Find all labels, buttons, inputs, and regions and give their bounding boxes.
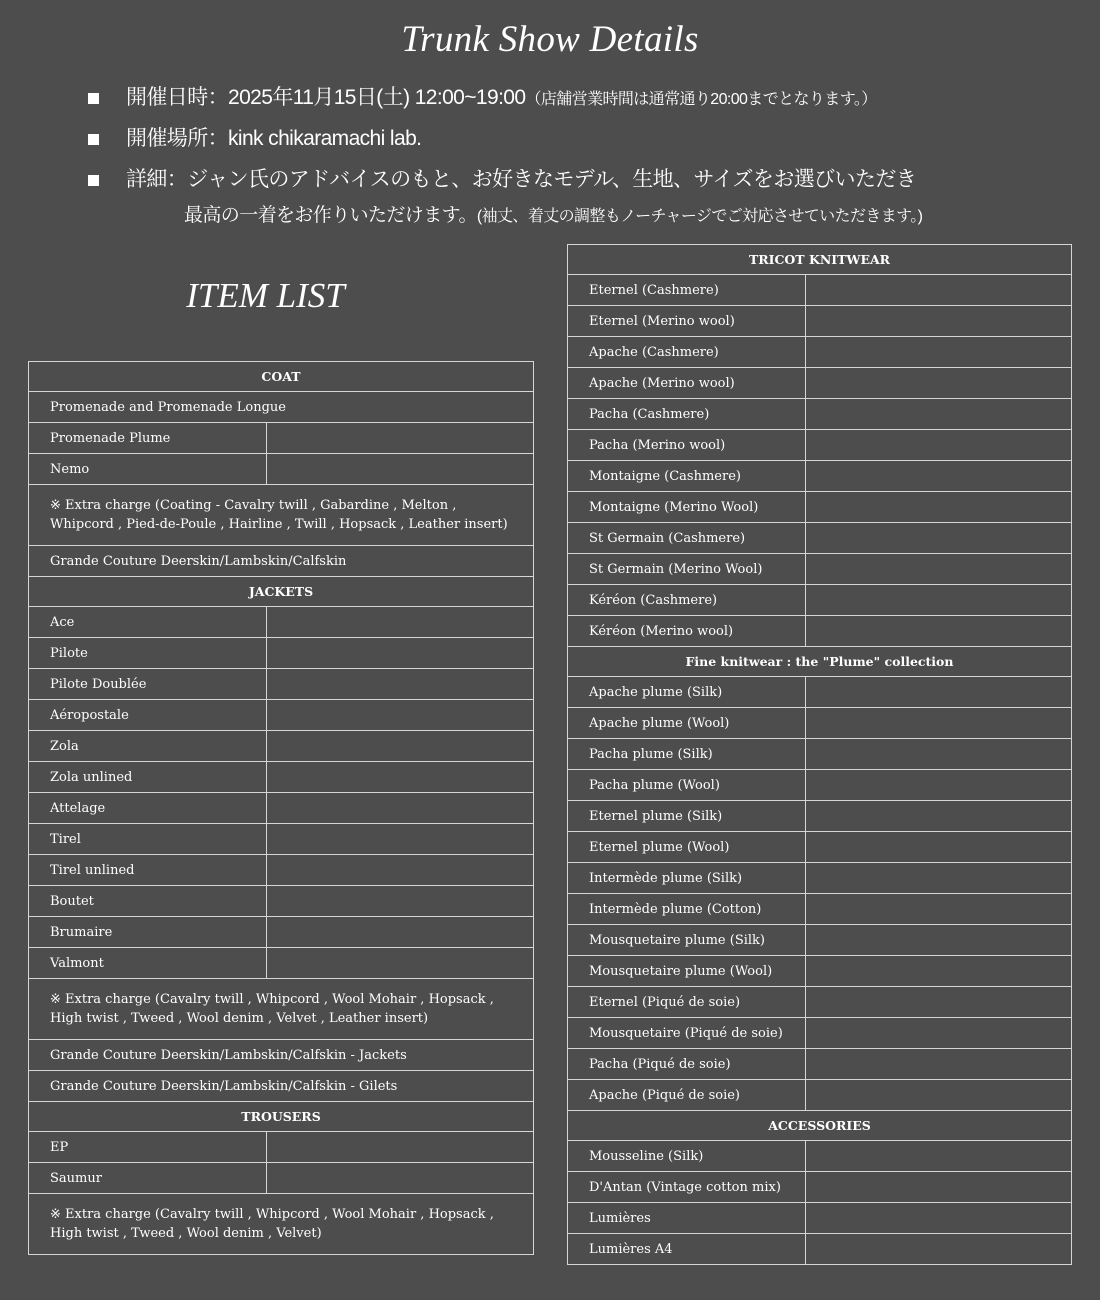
table-row: Aéropostale xyxy=(29,700,534,731)
left-table-body: COATPromenade and Promenade LonguePromen… xyxy=(29,362,534,1255)
table-row: Brumaire xyxy=(29,917,534,948)
item-list-title: ITEM LIST xyxy=(28,276,503,316)
item-name: Mousseline (Silk) xyxy=(568,1141,806,1172)
item-name: Tirel xyxy=(29,824,267,855)
item-value-cell xyxy=(806,770,1072,801)
item-name: Kéréon (Cashmere) xyxy=(568,585,806,616)
table-row: Pilote xyxy=(29,638,534,669)
table-row: Montaigne (Cashmere) xyxy=(568,461,1072,492)
item-name: Boutet xyxy=(29,886,267,917)
item-name: Lumières A4 xyxy=(568,1234,806,1265)
item-name: Pacha plume (Silk) xyxy=(568,739,806,770)
item-name: Valmont xyxy=(29,948,267,979)
item-name: St Germain (Cashmere) xyxy=(568,523,806,554)
item-value-cell xyxy=(806,275,1072,306)
item-value-cell xyxy=(806,399,1072,430)
item-value-cell xyxy=(267,607,534,638)
venue-label: 開催場所：kink chikaramachi lab. xyxy=(126,125,421,153)
table-row: Intermède plume (Silk) xyxy=(568,863,1072,894)
item-value-cell xyxy=(267,948,534,979)
table-row: Grande Couture Deerskin/Lambskin/Calfski… xyxy=(29,546,534,577)
item-name: Intermède plume (Silk) xyxy=(568,863,806,894)
item-value-cell xyxy=(806,585,1072,616)
item-value-cell xyxy=(267,917,534,948)
table-row: Pacha plume (Silk) xyxy=(568,739,1072,770)
item-value-cell xyxy=(267,824,534,855)
item-value-cell xyxy=(806,956,1072,987)
table-row: Tirel unlined xyxy=(29,855,534,886)
item-value-cell xyxy=(806,368,1072,399)
table-row: EP xyxy=(29,1132,534,1163)
item-value-cell xyxy=(806,1141,1072,1172)
item-value-cell xyxy=(806,925,1072,956)
section-title: JACKETS xyxy=(29,577,534,607)
table-row: Pacha plume (Wool) xyxy=(568,770,1072,801)
page-title: Trunk Show Details xyxy=(0,18,1100,61)
item-name: Zola xyxy=(29,731,267,762)
table-row: Apache (Cashmere) xyxy=(568,337,1072,368)
item-name: Pilote xyxy=(29,638,267,669)
table-row: Kéréon (Merino wool) xyxy=(568,616,1072,647)
description-note: (袖丈、着丈の調整もノーチャージでご対応させていただきます。) xyxy=(477,208,923,225)
item-name: Pilote Doublée xyxy=(29,669,267,700)
item-value-cell xyxy=(267,700,534,731)
detail-date: 開催日時：2025年11月15日(土) 12:00~19:00（店舗営業時間は通… xyxy=(88,84,1048,125)
item-value-cell xyxy=(806,523,1072,554)
detail-venue: 開催場所：kink chikaramachi lab. xyxy=(88,125,1048,166)
item-value-cell xyxy=(806,616,1072,647)
table-row: Eternel (Merino wool) xyxy=(568,306,1072,337)
square-bullet-icon xyxy=(88,134,99,145)
item-value-cell xyxy=(806,863,1072,894)
section-header-trousers: TROUSERS xyxy=(29,1102,534,1132)
item-value-cell xyxy=(267,855,534,886)
section-title: TRICOT KNITWEAR xyxy=(568,245,1072,275)
item-name: Apache plume (Silk) xyxy=(568,677,806,708)
table-row: Zola xyxy=(29,731,534,762)
right-table-body: TRICOT KNITWEAREternel (Cashmere)Eternel… xyxy=(568,245,1072,1265)
item-value-cell xyxy=(806,1203,1072,1234)
table-row: Apache plume (Wool) xyxy=(568,708,1072,739)
section-title: Fine knitwear : the "Plume" collection xyxy=(568,647,1072,677)
table-row: St Germain (Merino Wool) xyxy=(568,554,1072,585)
item-name: Pacha (Piqué de soie) xyxy=(568,1049,806,1080)
extra-charge-row: ※ Extra charge (Cavalry twill , Whipcord… xyxy=(29,1194,534,1255)
section-header-jackets: JACKETS xyxy=(29,577,534,607)
section-header-fine-knitwear-the-plume-collection: Fine knitwear : the "Plume" collection xyxy=(568,647,1072,677)
table-row: Nemo xyxy=(29,454,534,485)
item-value-cell xyxy=(806,492,1072,523)
item-value-cell xyxy=(806,1080,1072,1111)
description-line2: 最高の一着をお作りいただけます。 xyxy=(184,205,477,226)
item-name: Ace xyxy=(29,607,267,638)
item-value-cell xyxy=(806,677,1072,708)
detail-description-line2: 最高の一着をお作りいただけます。(袖丈、着丈の調整もノーチャージでご対応させてい… xyxy=(184,200,922,227)
table-row: Boutet xyxy=(29,886,534,917)
item-name: Eternel plume (Silk) xyxy=(568,801,806,832)
item-name: Eternel (Merino wool) xyxy=(568,306,806,337)
item-name: Mousquetaire plume (Wool) xyxy=(568,956,806,987)
section-title: TROUSERS xyxy=(29,1102,534,1132)
item-name: Grande Couture Deerskin/Lambskin/Calfski… xyxy=(29,1071,534,1102)
item-name: Mousquetaire (Piqué de soie) xyxy=(568,1018,806,1049)
table-row: Tirel xyxy=(29,824,534,855)
table-row: Ace xyxy=(29,607,534,638)
table-row: Promenade Plume xyxy=(29,423,534,454)
item-value-cell xyxy=(267,762,534,793)
item-name: Saumur xyxy=(29,1163,267,1194)
table-row: Apache (Merino wool) xyxy=(568,368,1072,399)
item-value-cell xyxy=(806,306,1072,337)
description-line1: 詳細：ジャン氏のアドバイスのもと、お好きなモデル、生地、サイズをお選びいただき xyxy=(126,166,916,194)
item-value-cell xyxy=(806,1018,1072,1049)
section-header-coat: COAT xyxy=(29,362,534,392)
item-name: Tirel unlined xyxy=(29,855,267,886)
item-value-cell xyxy=(806,1234,1072,1265)
item-name: Attelage xyxy=(29,793,267,824)
item-value-cell xyxy=(806,894,1072,925)
item-name: Eternel plume (Wool) xyxy=(568,832,806,863)
table-row: Lumières xyxy=(568,1203,1072,1234)
table-row: Kéréon (Cashmere) xyxy=(568,585,1072,616)
item-value-cell xyxy=(806,337,1072,368)
table-row: Mousseline (Silk) xyxy=(568,1141,1072,1172)
table-row: Eternel (Cashmere) xyxy=(568,275,1072,306)
item-name: Intermède plume (Cotton) xyxy=(568,894,806,925)
item-value-cell xyxy=(267,793,534,824)
table-row: Pacha (Merino wool) xyxy=(568,430,1072,461)
item-value-cell xyxy=(806,801,1072,832)
item-value-cell xyxy=(267,1132,534,1163)
event-details: 開催日時：2025年11月15日(土) 12:00~19:00（店舗営業時間は通… xyxy=(88,84,1048,207)
item-name: Apache plume (Wool) xyxy=(568,708,806,739)
table-row: Pacha (Cashmere) xyxy=(568,399,1072,430)
table-row: Saumur xyxy=(29,1163,534,1194)
section-title: COAT xyxy=(29,362,534,392)
table-row: Eternel plume (Silk) xyxy=(568,801,1072,832)
item-value-cell xyxy=(267,638,534,669)
table-row: Lumières A4 xyxy=(568,1234,1072,1265)
date-note: （店舗営業時間は通常通り20:00までとなります。） xyxy=(525,91,876,108)
item-name: Promenade and Promenade Longue xyxy=(29,392,534,423)
table-row: Valmont xyxy=(29,948,534,979)
table-row: Eternel (Piqué de soie) xyxy=(568,987,1072,1018)
extra-charge-row: ※ Extra charge (Cavalry twill , Whipcord… xyxy=(29,979,534,1040)
item-name: Montaigne (Cashmere) xyxy=(568,461,806,492)
item-value-cell xyxy=(806,461,1072,492)
table-row: St Germain (Cashmere) xyxy=(568,523,1072,554)
item-table-right: TRICOT KNITWEAREternel (Cashmere)Eternel… xyxy=(567,244,1072,1265)
table-row: Grande Couture Deerskin/Lambskin/Calfski… xyxy=(29,1040,534,1071)
item-value-cell xyxy=(806,708,1072,739)
section-header-accessories: ACCESSORIES xyxy=(568,1111,1072,1141)
table-row: Promenade and Promenade Longue xyxy=(29,392,534,423)
item-value-cell xyxy=(267,886,534,917)
extra-charge-note: ※ Extra charge (Coating - Cavalry twill … xyxy=(29,485,534,546)
item-name: Aéropostale xyxy=(29,700,267,731)
item-value-cell xyxy=(267,423,534,454)
item-name: Apache (Piqué de soie) xyxy=(568,1080,806,1111)
item-value-cell xyxy=(267,1163,534,1194)
item-value-cell xyxy=(267,454,534,485)
item-name: Apache (Cashmere) xyxy=(568,337,806,368)
section-title: ACCESSORIES xyxy=(568,1111,1072,1141)
table-row: D'Antan (Vintage cotton mix) xyxy=(568,1172,1072,1203)
item-value-cell xyxy=(806,1172,1072,1203)
item-name: D'Antan (Vintage cotton mix) xyxy=(568,1172,806,1203)
item-table-left: COATPromenade and Promenade LonguePromen… xyxy=(28,361,534,1255)
item-name: Eternel (Piqué de soie) xyxy=(568,987,806,1018)
table-row: Montaigne (Merino Wool) xyxy=(568,492,1072,523)
item-name: Pacha (Cashmere) xyxy=(568,399,806,430)
item-name: Nemo xyxy=(29,454,267,485)
item-value-cell xyxy=(806,1049,1072,1080)
item-name: Apache (Merino wool) xyxy=(568,368,806,399)
table-row: Eternel plume (Wool) xyxy=(568,832,1072,863)
item-name: Mousquetaire plume (Silk) xyxy=(568,925,806,956)
square-bullet-icon xyxy=(88,175,99,186)
item-name: Pacha plume (Wool) xyxy=(568,770,806,801)
item-value-cell xyxy=(806,739,1072,770)
item-name: Eternel (Cashmere) xyxy=(568,275,806,306)
table-row: Zola unlined xyxy=(29,762,534,793)
extra-charge-row: ※ Extra charge (Coating - Cavalry twill … xyxy=(29,485,534,546)
item-name: Zola unlined xyxy=(29,762,267,793)
item-name: Montaigne (Merino Wool) xyxy=(568,492,806,523)
item-value-cell xyxy=(267,731,534,762)
table-row: Apache (Piqué de soie) xyxy=(568,1080,1072,1111)
table-row: Apache plume (Silk) xyxy=(568,677,1072,708)
item-value-cell xyxy=(806,554,1072,585)
item-value-cell xyxy=(267,669,534,700)
item-value-cell xyxy=(806,832,1072,863)
table-row: Mousquetaire plume (Wool) xyxy=(568,956,1072,987)
item-name: Grande Couture Deerskin/Lambskin/Calfski… xyxy=(29,1040,534,1071)
table-row: Intermède plume (Cotton) xyxy=(568,894,1072,925)
item-name: St Germain (Merino Wool) xyxy=(568,554,806,585)
item-name: Pacha (Merino wool) xyxy=(568,430,806,461)
section-header-tricot-knitwear: TRICOT KNITWEAR xyxy=(568,245,1072,275)
item-name: Promenade Plume xyxy=(29,423,267,454)
table-row: Mousquetaire (Piqué de soie) xyxy=(568,1018,1072,1049)
item-name: EP xyxy=(29,1132,267,1163)
table-row: Grande Couture Deerskin/Lambskin/Calfski… xyxy=(29,1071,534,1102)
table-row: Pacha (Piqué de soie) xyxy=(568,1049,1072,1080)
square-bullet-icon xyxy=(88,93,99,104)
table-row: Pilote Doublée xyxy=(29,669,534,700)
date-label: 開催日時：2025年11月15日(土) 12:00~19:00 xyxy=(126,86,525,109)
table-row: Mousquetaire plume (Silk) xyxy=(568,925,1072,956)
item-value-cell xyxy=(806,430,1072,461)
extra-charge-note: ※ Extra charge (Cavalry twill , Whipcord… xyxy=(29,979,534,1040)
item-name: Brumaire xyxy=(29,917,267,948)
item-name: Kéréon (Merino wool) xyxy=(568,616,806,647)
item-value-cell xyxy=(806,987,1072,1018)
item-name: Grande Couture Deerskin/Lambskin/Calfski… xyxy=(29,546,534,577)
table-row: Attelage xyxy=(29,793,534,824)
item-name: Lumières xyxy=(568,1203,806,1234)
extra-charge-note: ※ Extra charge (Cavalry twill , Whipcord… xyxy=(29,1194,534,1255)
